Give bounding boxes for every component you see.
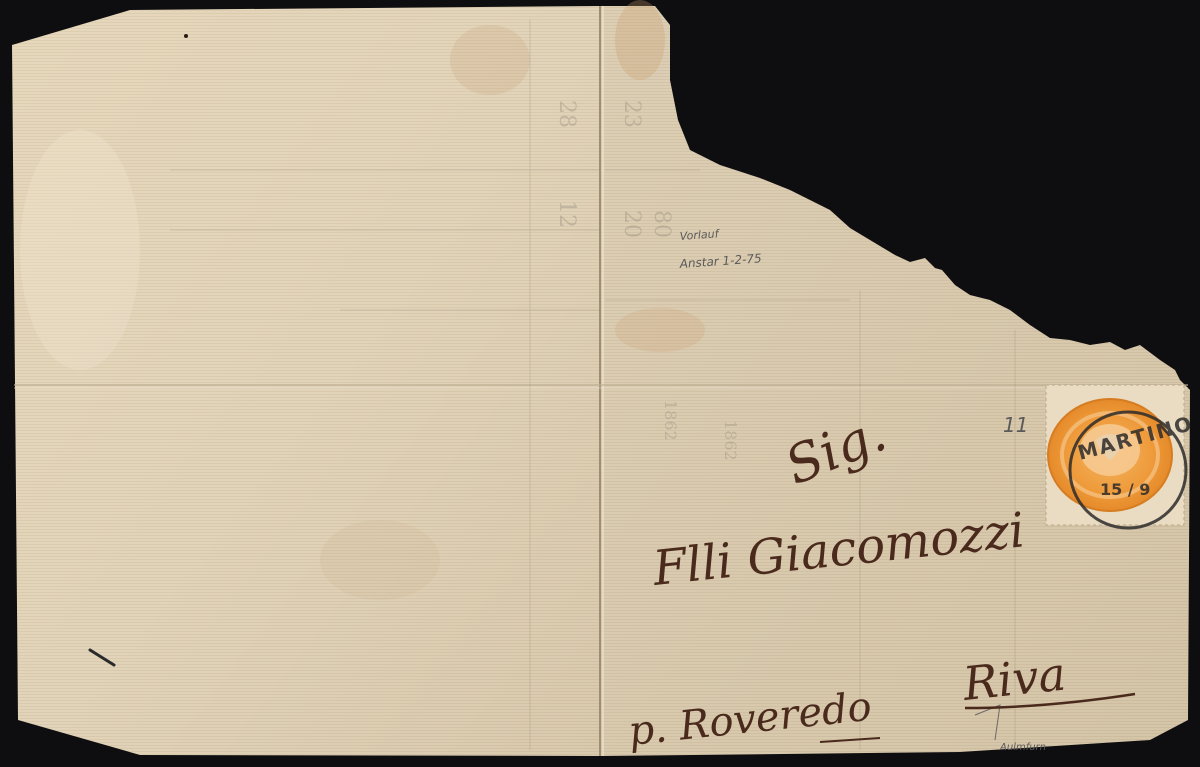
address-line-town: Riva [960,646,1069,711]
show-through-number: 28 [554,100,579,128]
show-through-number: 80 [649,210,674,238]
pencil-note-number: 11 [1003,413,1028,437]
show-through-number: 1862 [721,420,740,461]
svg-text:15 / 9: 15 / 9 [1100,480,1150,499]
document-photo: 28 23 20 80 12 1862 1862 Anstar 1-2-75 V… [0,0,1200,767]
show-through-number: 23 [619,100,644,128]
show-through-number: 20 [619,210,644,238]
show-through-number: 1862 [661,400,680,441]
pencil-signature: Aulmfurn [999,742,1046,753]
show-through-number: 12 [554,200,579,228]
